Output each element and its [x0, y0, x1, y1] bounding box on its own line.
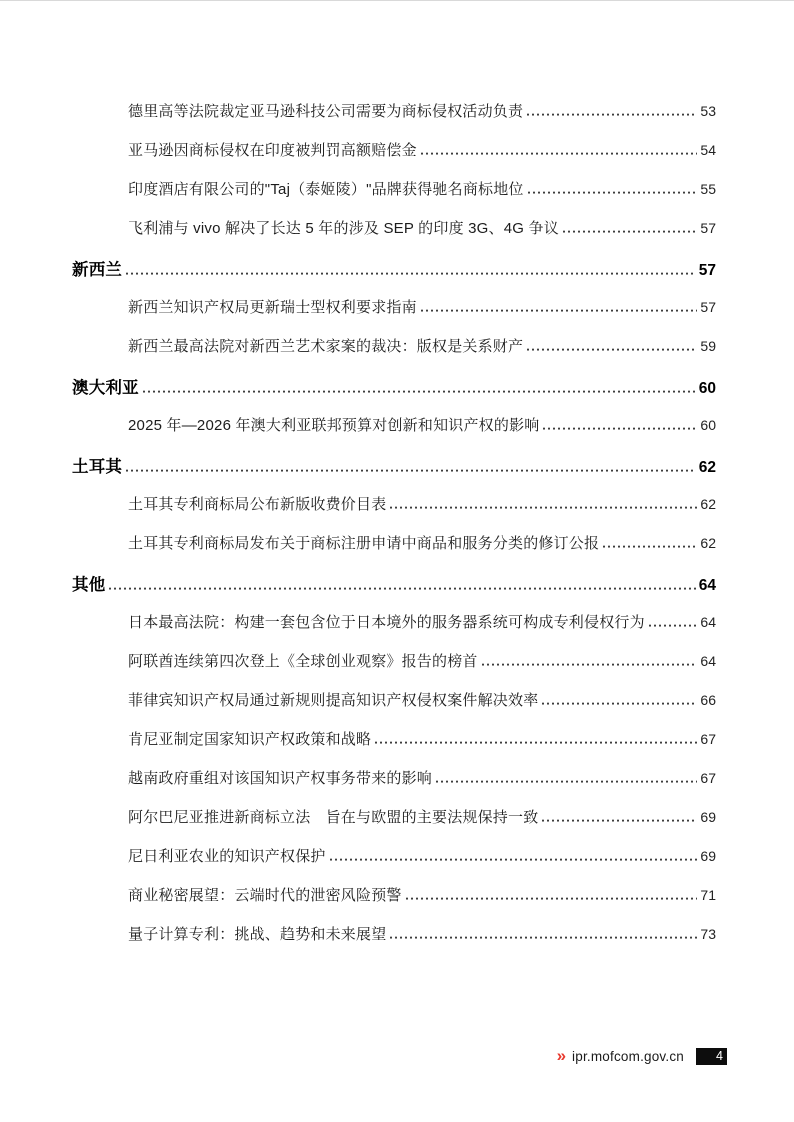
- toc-entry[interactable]: 菲律宾知识产权局通过新规则提高知识产权侵权案件解决效率66: [72, 689, 716, 708]
- toc-item-title: 土耳其专利商标局公布新版收费价目表: [128, 493, 386, 514]
- table-of-contents: 德里高等法院裁定亚马逊科技公司需要为商标侵权活动负责53亚马逊因商标侵权在印度被…: [72, 100, 716, 962]
- toc-page-number: 64: [700, 653, 716, 669]
- toc-page-number: 62: [699, 459, 716, 477]
- dot-leader: [649, 623, 698, 627]
- toc-entry[interactable]: 德里高等法院裁定亚马逊科技公司需要为商标侵权活动负责53: [72, 100, 716, 119]
- toc-item-title: 阿尔巴尼亚推进新商标立法 旨在与欧盟的主要法规保持一致: [128, 806, 538, 827]
- dot-leader: [390, 935, 697, 939]
- dot-leader: [542, 701, 697, 705]
- toc-entry[interactable]: 商业秘密展望：云端时代的泄密风险预警71: [72, 884, 716, 903]
- toc-page-number: 69: [700, 809, 716, 825]
- toc-entry[interactable]: 尼日利亚农业的知识产权保护69: [72, 845, 716, 864]
- toc-entry[interactable]: 量子计算专利：挑战、趋势和未来展望73: [72, 923, 716, 942]
- footer-website-text: ipr.mofcom.gov.cn: [572, 1049, 684, 1064]
- double-chevron-icon: »: [557, 1047, 566, 1064]
- toc-entry[interactable]: 2025 年—2026 年澳大利亚联邦预算对创新和知识产权的影响60: [72, 414, 716, 433]
- dot-leader: [126, 271, 696, 275]
- dot-leader: [421, 151, 698, 155]
- toc-section-heading[interactable]: 土耳其62: [72, 453, 716, 474]
- toc-entry[interactable]: 新西兰知识产权局更新瑞士型权利要求指南57: [72, 296, 716, 315]
- toc-item-title: 越南政府重组对该国知识产权事务带来的影响: [128, 767, 432, 788]
- toc-entry[interactable]: 亚马逊因商标侵权在印度被判罚高额赔偿金54: [72, 139, 716, 158]
- toc-section-heading[interactable]: 澳大利亚60: [72, 374, 716, 395]
- toc-item-title: 飞利浦与 vivo 解决了长达 5 年的涉及 SEP 的印度 3G、4G 争议: [128, 217, 559, 238]
- dot-leader: [390, 505, 697, 509]
- dot-leader: [406, 896, 698, 900]
- dot-leader: [527, 347, 697, 351]
- dot-leader: [543, 426, 697, 430]
- toc-item-title: 亚马逊因商标侵权在印度被判罚高额赔偿金: [128, 139, 417, 160]
- dot-leader: [527, 112, 697, 116]
- toc-entry[interactable]: 日本最高法院：构建一套包含位于日本境外的服务器系统可构成专利侵权行为64: [72, 611, 716, 630]
- toc-item-title: 阿联酋连续第四次登上《全球创业观察》报告的榜首: [128, 650, 478, 671]
- toc-page-number: 69: [700, 848, 716, 864]
- toc-item-title: 日本最高法院：构建一套包含位于日本境外的服务器系统可构成专利侵权行为: [128, 611, 645, 632]
- toc-section-heading[interactable]: 新西兰57: [72, 256, 716, 277]
- toc-entry[interactable]: 肯尼亚制定国家知识产权政策和战略67: [72, 728, 716, 747]
- toc-entry[interactable]: 印度酒店有限公司的"Taj（泰姬陵）"品牌获得驰名商标地位55: [72, 178, 716, 197]
- toc-entry[interactable]: 阿尔巴尼亚推进新商标立法 旨在与欧盟的主要法规保持一致69: [72, 806, 716, 825]
- toc-page-number: 57: [700, 299, 716, 315]
- toc-page-number: 62: [700, 535, 716, 551]
- toc-page-number: 64: [700, 614, 716, 630]
- page-footer: » ipr.mofcom.gov.cn 4: [557, 1044, 727, 1068]
- toc-page-number: 57: [700, 220, 716, 236]
- toc-page-number: 59: [700, 338, 716, 354]
- toc-item-title: 商业秘密展望：云端时代的泄密风险预警: [128, 884, 402, 905]
- dot-leader: [143, 389, 696, 393]
- dot-leader: [330, 857, 698, 861]
- dot-leader: [603, 544, 697, 548]
- page-top-border: [0, 0, 794, 1]
- toc-page-number: 66: [700, 692, 716, 708]
- dot-leader: [421, 308, 698, 312]
- dot-leader: [126, 468, 696, 472]
- toc-item-title: 土耳其专利商标局发布关于商标注册申请中商品和服务分类的修订公报: [128, 532, 599, 553]
- toc-page-number: 55: [700, 181, 716, 197]
- toc-page-number: 60: [700, 417, 716, 433]
- dot-leader: [528, 190, 698, 194]
- toc-item-title: 量子计算专利：挑战、趋势和未来展望: [128, 923, 386, 944]
- toc-item-title: 菲律宾知识产权局通过新规则提高知识产权侵权案件解决效率: [128, 689, 538, 710]
- toc-entry[interactable]: 土耳其专利商标局发布关于商标注册申请中商品和服务分类的修订公报62: [72, 532, 716, 551]
- toc-item-title: 新西兰最高法院对新西兰艺术家案的裁决：版权是关系财产: [128, 335, 523, 356]
- toc-page-number: 53: [700, 103, 716, 119]
- toc-entry[interactable]: 越南政府重组对该国知识产权事务带来的影响67: [72, 767, 716, 786]
- toc-entry[interactable]: 土耳其专利商标局公布新版收费价目表62: [72, 493, 716, 512]
- toc-item-title: 新西兰: [72, 256, 122, 280]
- toc-page-number: 54: [700, 142, 716, 158]
- dot-leader: [563, 229, 697, 233]
- toc-item-title: 新西兰知识产权局更新瑞士型权利要求指南: [128, 296, 417, 317]
- toc-page-number: 71: [700, 887, 716, 903]
- toc-page-number: 64: [699, 577, 716, 595]
- toc-item-title: 土耳其: [72, 453, 122, 477]
- toc-item-title: 肯尼亚制定国家知识产权政策和战略: [128, 728, 371, 749]
- toc-page-number: 67: [700, 731, 716, 747]
- toc-page-number: 73: [700, 926, 716, 942]
- toc-item-title: 澳大利亚: [72, 374, 139, 398]
- page-number-badge: 4: [696, 1048, 727, 1065]
- toc-item-title: 其他: [72, 571, 105, 595]
- dot-leader: [482, 662, 698, 666]
- toc-page-number: 60: [699, 380, 716, 398]
- dot-leader: [375, 740, 697, 744]
- dot-leader: [109, 586, 695, 590]
- toc-page-number: 57: [699, 262, 716, 280]
- toc-item-title: 尼日利亚农业的知识产权保护: [128, 845, 326, 866]
- dot-leader: [436, 779, 697, 783]
- toc-page-number: 67: [700, 770, 716, 786]
- toc-item-title: 2025 年—2026 年澳大利亚联邦预算对创新和知识产权的影响: [128, 414, 539, 435]
- toc-item-title: 印度酒店有限公司的"Taj（泰姬陵）"品牌获得驰名商标地位: [128, 178, 524, 199]
- toc-item-title: 德里高等法院裁定亚马逊科技公司需要为商标侵权活动负责: [128, 100, 523, 121]
- toc-entry[interactable]: 新西兰最高法院对新西兰艺术家案的裁决：版权是关系财产59: [72, 335, 716, 354]
- toc-page-number: 62: [700, 496, 716, 512]
- toc-entry[interactable]: 飞利浦与 vivo 解决了长达 5 年的涉及 SEP 的印度 3G、4G 争议5…: [72, 217, 716, 236]
- toc-entry[interactable]: 阿联酋连续第四次登上《全球创业观察》报告的榜首64: [72, 650, 716, 669]
- toc-section-heading[interactable]: 其他64: [72, 571, 716, 592]
- dot-leader: [542, 818, 697, 822]
